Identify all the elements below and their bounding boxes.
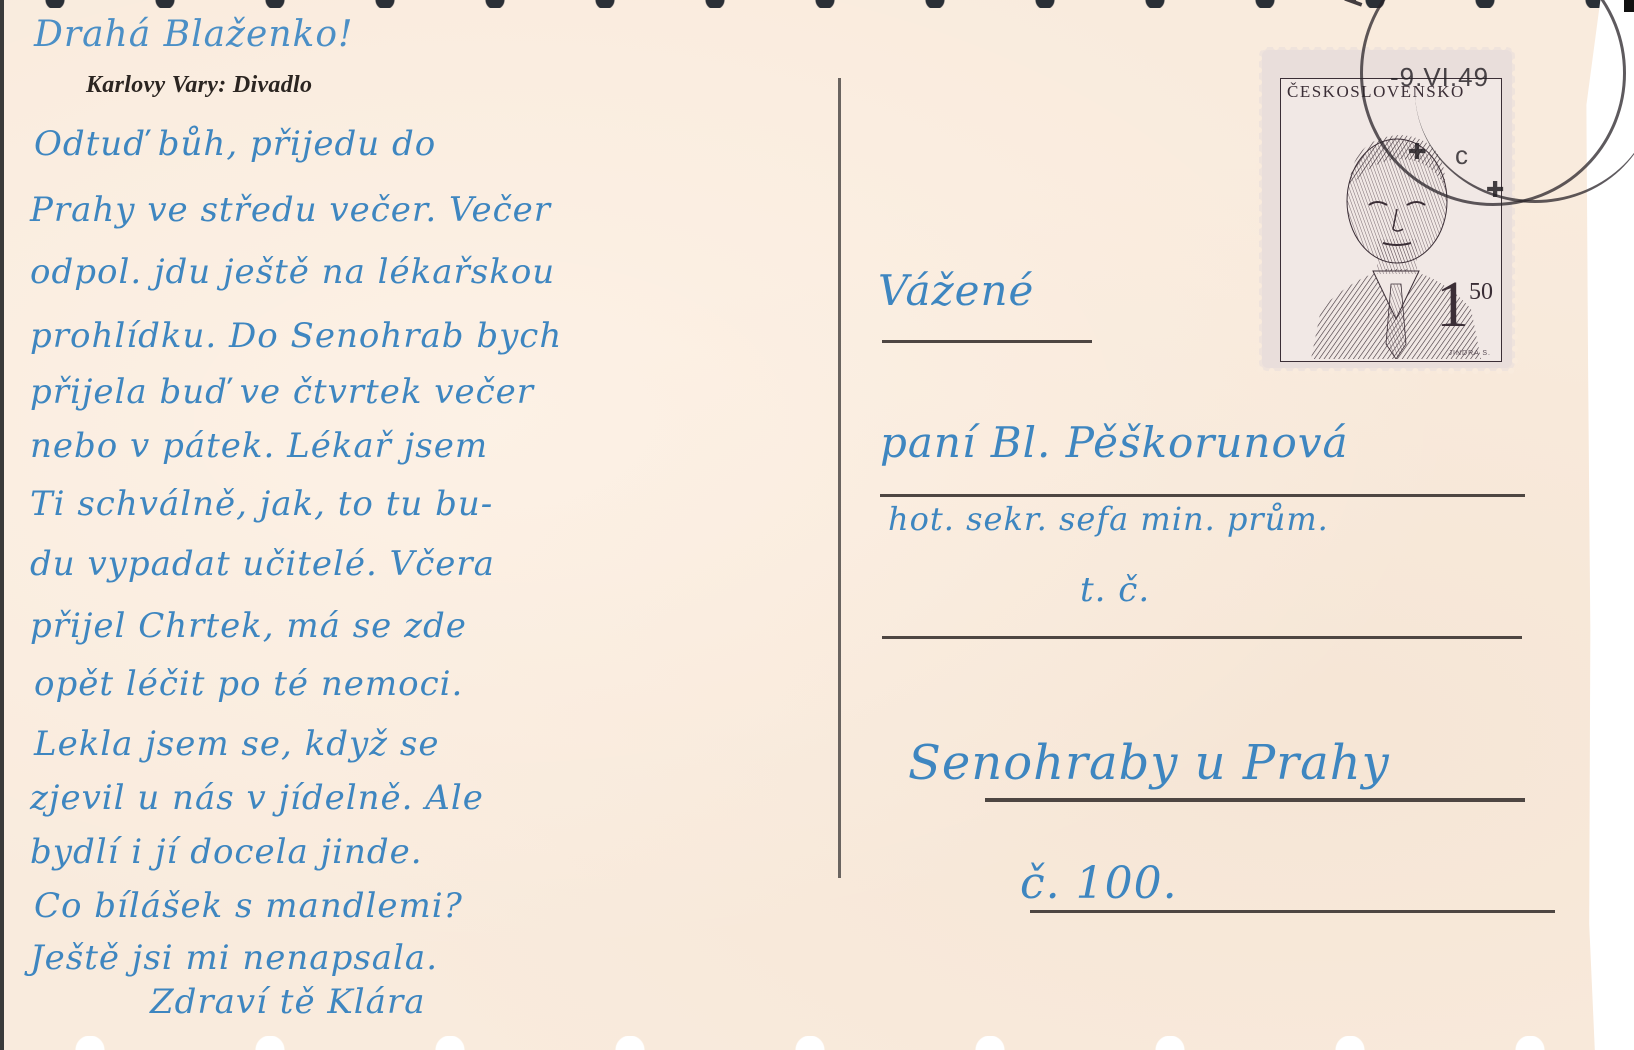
postmark-date: -9.VI.49 xyxy=(1390,62,1489,93)
address-rule xyxy=(1030,910,1555,913)
corner-shadow xyxy=(1624,0,1634,12)
message-greeting: Drahá Blaženko! xyxy=(34,14,353,55)
message-line: bydlí i jí docela jinde. xyxy=(30,832,423,872)
scalloped-bottom-edge xyxy=(0,1036,1634,1050)
card-divider xyxy=(838,78,841,878)
message-line: Lekla jsem se, když se xyxy=(34,724,439,764)
message-line: Odtuď bůh, přijedu do xyxy=(34,124,436,164)
address-house-number: č. 100. xyxy=(1020,858,1178,909)
printed-caption: Karlovy Vary: Divadlo xyxy=(86,72,312,99)
message-line: prohlídku. Do Senohrab bych xyxy=(30,316,562,356)
message-line: Co bílášek s mandlemi? xyxy=(34,886,463,926)
message-line: Ještě jsi mi nenapsala. xyxy=(30,938,438,978)
address-rule xyxy=(882,636,1522,639)
postmark-letter: c xyxy=(1455,140,1468,171)
message-line: odpol. jdu ještě na lékařskou xyxy=(30,252,555,292)
address-line2: hot. sekr. sefa min. prům. xyxy=(888,500,1329,538)
message-line: Prahy ve středu večer. Večer xyxy=(30,190,551,230)
postmark-cross-icon: ✚ xyxy=(1486,178,1504,203)
message-line: Ti schválně, jak, to tu bu- xyxy=(30,484,493,524)
postmark-cross-icon: ✚ xyxy=(1408,140,1426,165)
address-rule-bold xyxy=(985,798,1525,802)
address-rule xyxy=(880,494,1525,497)
address-recipient: paní Bl. Pěškorunová xyxy=(880,418,1349,467)
address-line3: t. č. xyxy=(1080,570,1150,610)
address-rule xyxy=(882,340,1092,343)
message-line: přijel Chrtek, má se zde xyxy=(30,606,467,646)
stamp-value: 150 xyxy=(1436,275,1493,335)
message-line: zjevil u nás v jídelně. Ale xyxy=(30,778,484,818)
address-town: Senohraby u Prahy xyxy=(908,735,1390,791)
message-line: přijela buď ve čtvrtek večer xyxy=(30,372,534,412)
stamp-engraver: JINDRA S. xyxy=(1449,350,1491,357)
message-line: nebo v pátek. Lékař jsem xyxy=(30,426,488,466)
message-signature: Zdraví tě Klára xyxy=(150,982,425,1022)
address-salutation: Vážené xyxy=(878,266,1034,315)
message-line: opět léčit po té nemoci. xyxy=(34,664,463,704)
left-shadow-edge xyxy=(0,0,4,1050)
message-line: du vypadat učitelé. Včera xyxy=(30,544,495,584)
